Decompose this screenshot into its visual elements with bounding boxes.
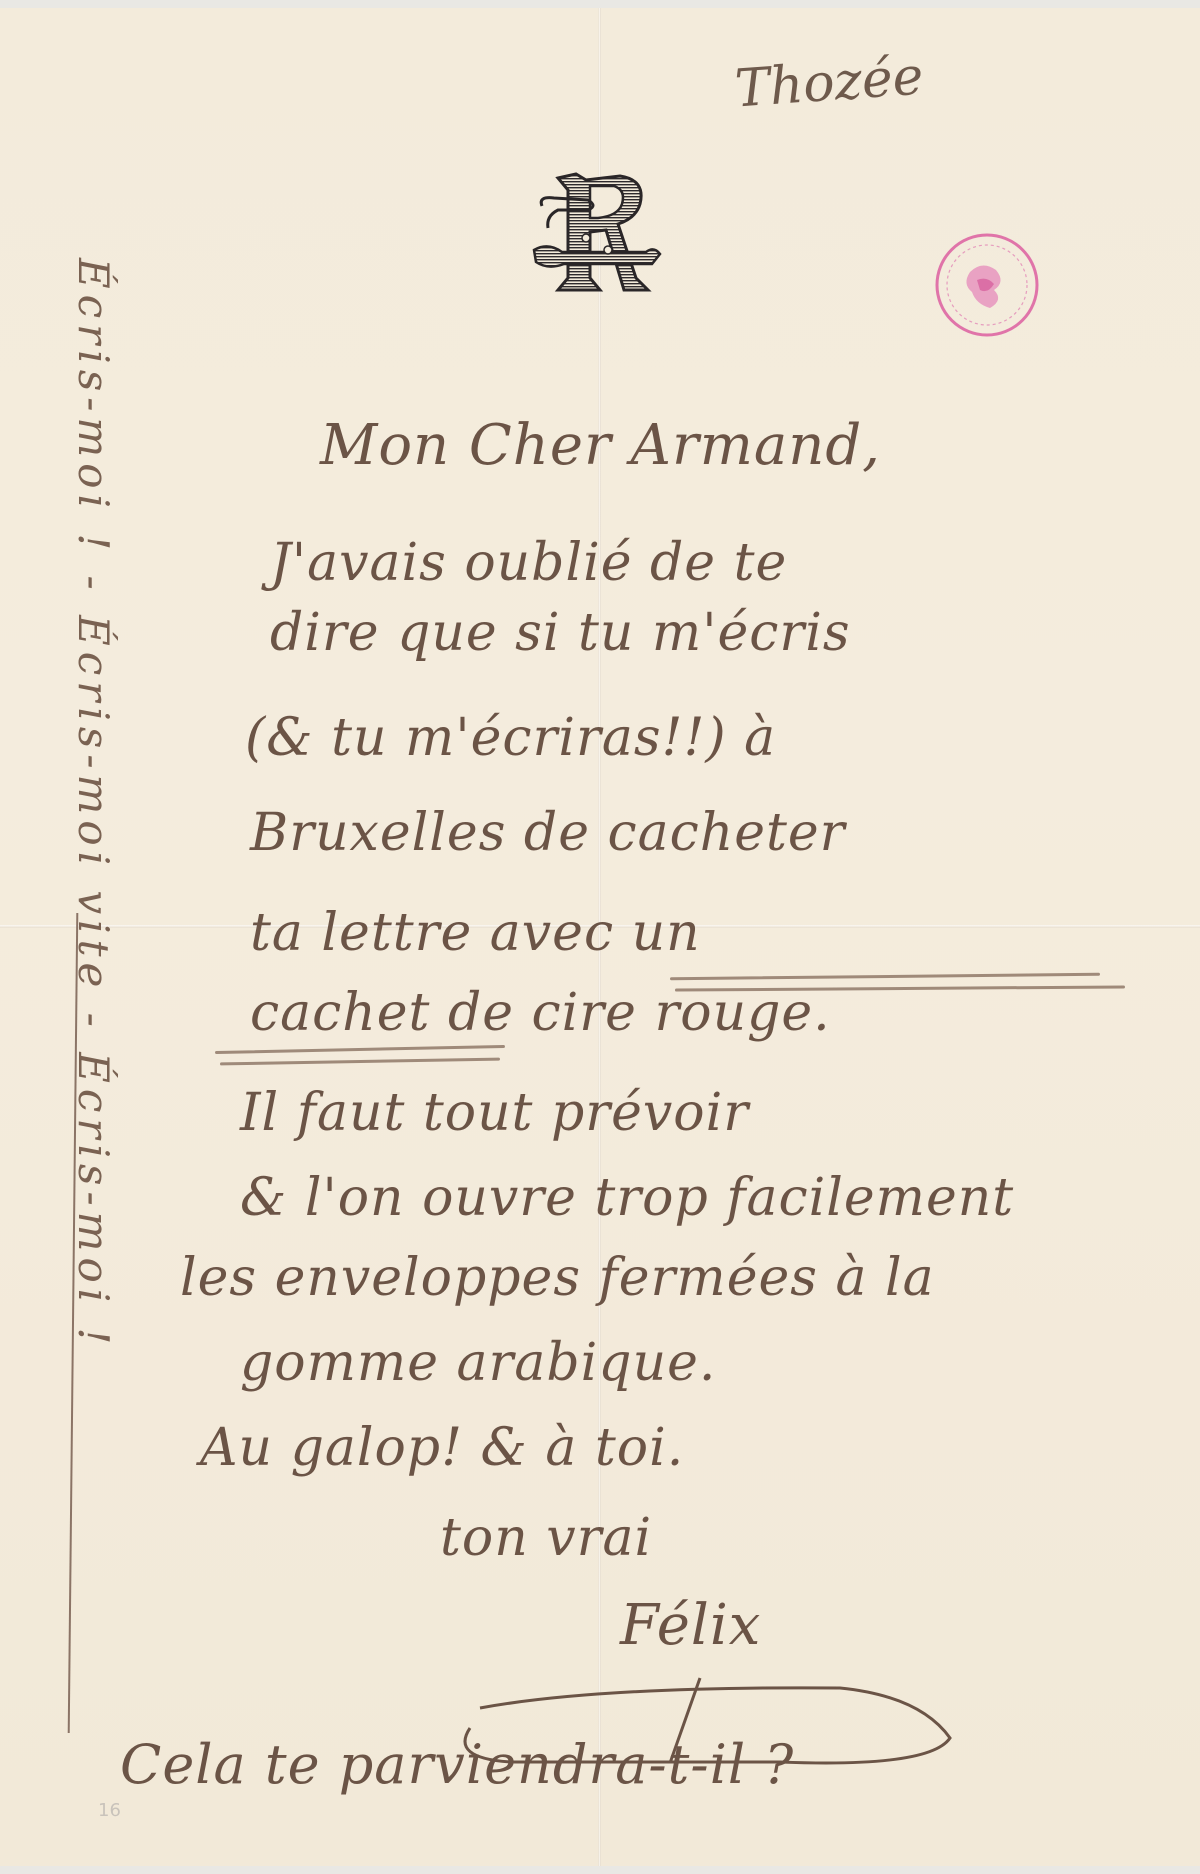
underline-stroke — [220, 1058, 500, 1066]
signature: Félix — [620, 1593, 761, 1658]
body-line: ta lettre avec un — [250, 903, 701, 963]
body-line: Il faut tout prévoir — [240, 1083, 749, 1143]
body-line: cachet de cire rouge. — [250, 983, 831, 1043]
body-line: les enveloppes fermées à la — [180, 1248, 935, 1308]
rf-monogram-icon — [528, 166, 663, 301]
pencil-folio-mark: 16 — [98, 1800, 121, 1821]
body-line: Bruxelles de cacheter — [250, 803, 846, 863]
underline-stroke — [670, 973, 1100, 981]
postscript: Cela te parviendra-t-il ? — [120, 1733, 794, 1796]
letter-paper: Thozée Mon Cher Armand, J'avais oublié d… — [0, 8, 1200, 1866]
body-line: dire que si tu m'écris — [270, 603, 851, 663]
library-stamp-icon — [932, 230, 1042, 340]
body-line: (& tu m'écriras!!) à — [245, 708, 776, 768]
closing-line: Au galop! & à toi. — [200, 1418, 684, 1478]
underline-stroke — [215, 1045, 505, 1054]
margin-note-text: Écris-moi ! - Écris-moi vite - Écris-moi… — [69, 258, 118, 1350]
letter-place-heading: Thozée — [733, 47, 925, 120]
body-line: gomme arabique. — [240, 1333, 716, 1393]
body-line: J'avais oublié de te — [270, 533, 787, 593]
regards-line: ton vrai — [440, 1508, 652, 1568]
body-line: & l'on ouvre trop facilement — [240, 1168, 1014, 1228]
salutation: Mon Cher Armand, — [320, 413, 881, 478]
